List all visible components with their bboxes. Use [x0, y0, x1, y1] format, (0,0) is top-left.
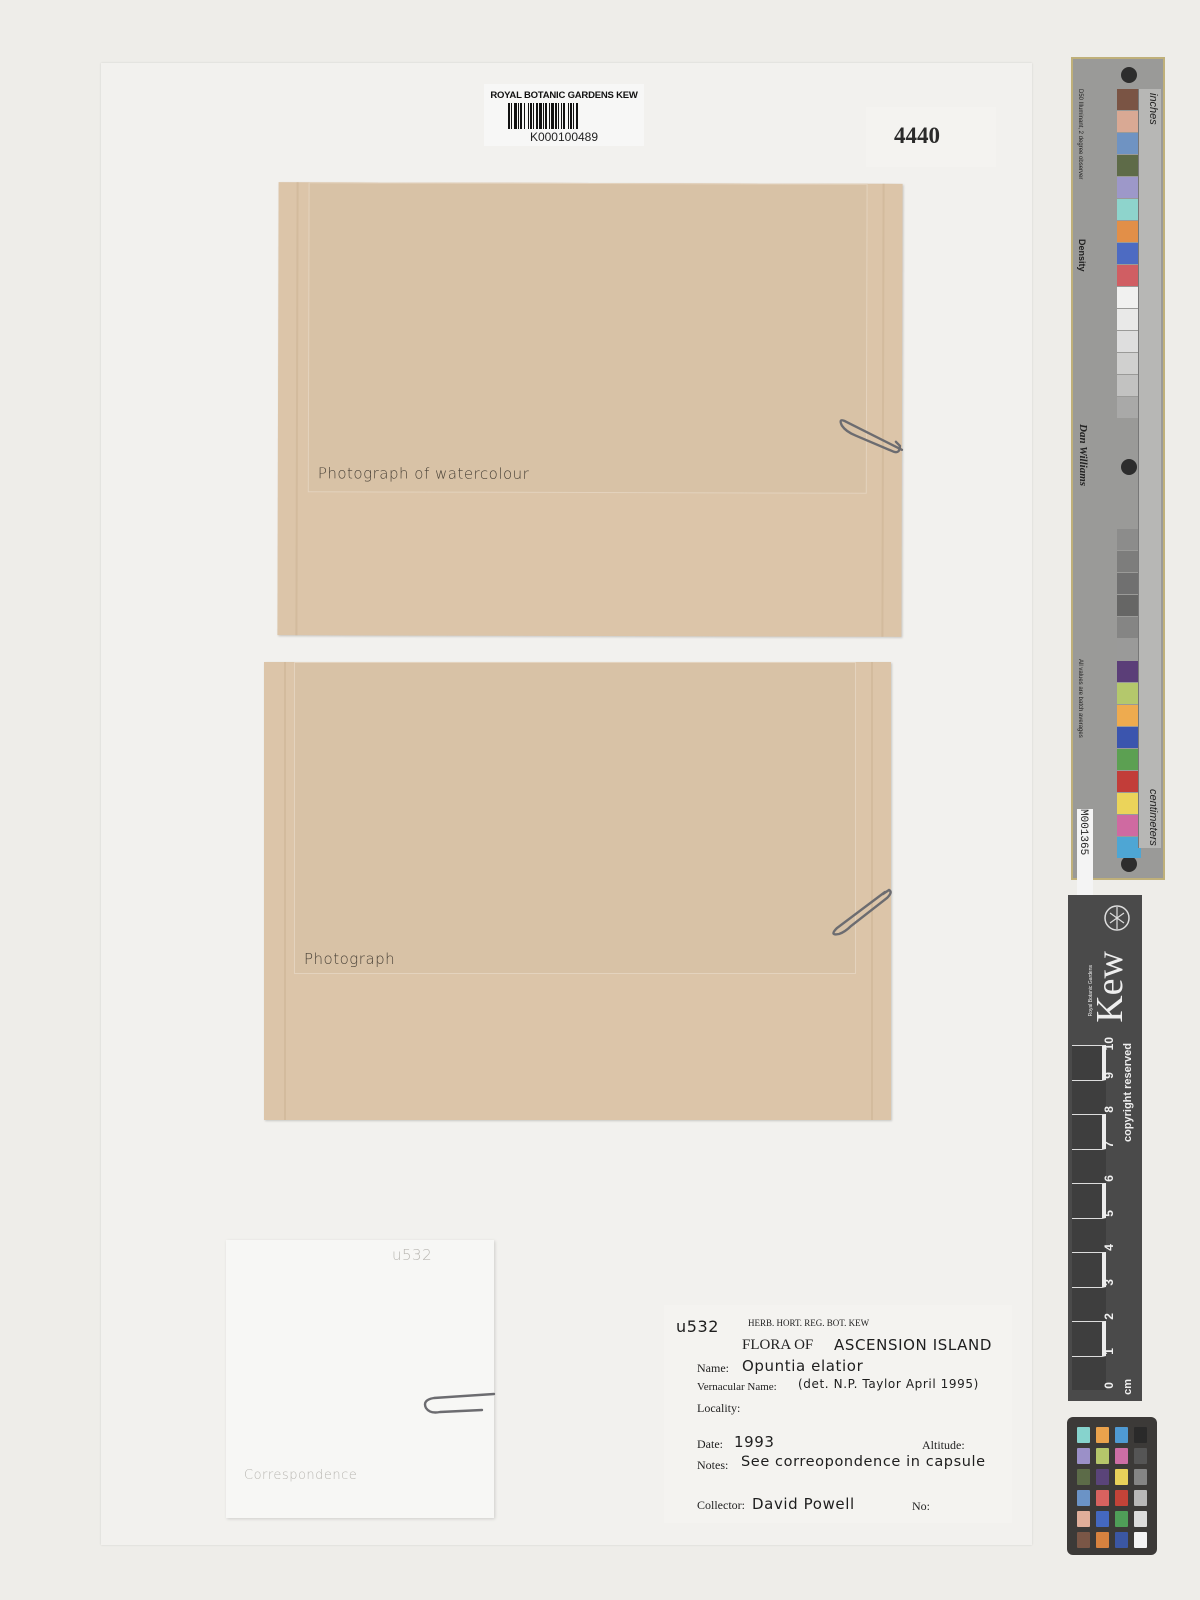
date-label: Date: [697, 1437, 723, 1452]
checker-cell [1096, 1511, 1109, 1527]
kew-subtitle: Royal Botanic Gardens [1088, 965, 1094, 1016]
envelope-label: Photograph of watercolour [318, 464, 530, 483]
cm-label: cm [1122, 1379, 1134, 1395]
determination-note: (det. N.P. Taylor April 1995) [798, 1377, 979, 1391]
checker-cell [1134, 1532, 1147, 1548]
ruler-id-tag: M001365 [1077, 809, 1093, 904]
paperclip-icon [420, 1390, 500, 1420]
scale-tick-label: 10 [1102, 1037, 1116, 1050]
scale-tick-label: 6 [1102, 1175, 1116, 1182]
paperclip-icon [827, 888, 897, 940]
paperclip-icon [836, 414, 906, 454]
envelope-label: Photograph [304, 950, 395, 968]
checker-cell [1134, 1469, 1147, 1485]
kew-crest-icon [1100, 901, 1134, 935]
checker-cell [1115, 1448, 1128, 1464]
capsule-accession-note: u532 [392, 1246, 432, 1264]
checker-cell [1134, 1490, 1147, 1506]
ruler-id: M001365 [1077, 809, 1089, 855]
scale-tick-label: 5 [1102, 1210, 1116, 1217]
brand-label: Dan Williams [1077, 424, 1089, 486]
scale-tick-label: 3 [1102, 1279, 1116, 1286]
flora-region: ASCENSION ISLAND [834, 1336, 992, 1354]
barcode-icon [508, 103, 620, 129]
taxon-name: Opuntia elatior [742, 1357, 863, 1375]
notes-label: Notes: [697, 1458, 728, 1473]
centimeters-label: centimeters [1147, 789, 1159, 846]
color-reference-ruler: inches centimeters D50 Illuminant, 2 deg… [1071, 57, 1165, 880]
institution-name: ROYAL BOTANIC GARDENS KEW [484, 90, 644, 101]
scale-blocks [1072, 1045, 1102, 1395]
altitude-label: Altitude: [922, 1438, 965, 1453]
checker-cell [1096, 1532, 1109, 1548]
herbarium-label: u532 HERB. HORT. REG. BOT. KEW FLORA OF … [664, 1305, 1012, 1523]
checker-cell [1096, 1427, 1109, 1443]
collector-label: Collector: [697, 1498, 745, 1513]
capsule-label: Correspondence [244, 1468, 357, 1483]
barcode-id: K000100489 [484, 130, 644, 144]
kew-logo: Kew [1088, 951, 1132, 1023]
scale-tick-label: 7 [1102, 1141, 1116, 1148]
checker-cell [1115, 1511, 1128, 1527]
correspondence-capsule[interactable]: u532 Correspondence [226, 1240, 494, 1518]
kew-cm-scale: Kew Royal Botanic Gardens copyright rese… [1068, 895, 1142, 1401]
inches-label: inches [1147, 93, 1159, 125]
checker-cell [1134, 1427, 1147, 1443]
checker-cell [1115, 1427, 1128, 1443]
checker-cell [1096, 1490, 1109, 1506]
scale-tick-label: 2 [1102, 1313, 1116, 1320]
accession-number: u532 [676, 1317, 719, 1336]
scale-tick-label: 8 [1102, 1106, 1116, 1113]
collector-name: David Powell [752, 1495, 855, 1513]
hole-icon [1121, 459, 1137, 475]
notes-value: See correopondence in capsule [741, 1454, 986, 1470]
sheet-number: 4440 [894, 123, 940, 149]
label-header: HERB. HORT. REG. BOT. KEW [748, 1318, 869, 1328]
no-label: No: [912, 1499, 930, 1514]
checker-cell [1096, 1448, 1109, 1464]
scale-tick-label: 0 [1102, 1382, 1116, 1389]
checker-cell [1077, 1490, 1090, 1506]
vernacular-label: Vernacular Name: [697, 1381, 777, 1393]
checker-cell [1077, 1532, 1090, 1548]
checker-cell [1134, 1511, 1147, 1527]
copyright-note: copyright reserved [1122, 1043, 1134, 1142]
collection-date: 1993 [734, 1433, 775, 1451]
name-label: Name: [697, 1361, 729, 1376]
barcode-label: ROYAL BOTANIC GARDENS KEW K000100489 [484, 84, 644, 146]
checker-cell [1077, 1448, 1090, 1464]
sheet-number-label: 4440 [866, 107, 996, 167]
hole-icon [1121, 67, 1137, 83]
envelope-photo[interactable]: Photograph [264, 662, 891, 1120]
envelope-watercolour-photo[interactable]: Photograph of watercolour [277, 182, 902, 637]
scale-tick-label: 4 [1102, 1244, 1116, 1251]
checker-cell [1115, 1469, 1128, 1485]
checker-cell [1096, 1469, 1109, 1485]
flora-prefix: FLORA OF [742, 1337, 813, 1354]
color-checker-card [1067, 1417, 1157, 1555]
checker-cell [1134, 1448, 1147, 1464]
checker-cell [1115, 1490, 1128, 1506]
hole-icon [1121, 856, 1137, 872]
scale-tick-label: 1 [1102, 1348, 1116, 1355]
scale-tick-label: 9 [1102, 1072, 1116, 1079]
checker-cell [1077, 1511, 1090, 1527]
illuminant-note: D50 Illuminant, 2 degree observer [1077, 89, 1083, 179]
checker-cell [1077, 1427, 1090, 1443]
density-label: Density [1077, 239, 1087, 272]
values-note: All values are batch averages [1077, 659, 1083, 738]
checker-cell [1115, 1532, 1128, 1548]
inch-scale [1138, 89, 1161, 848]
locality-label: Locality: [697, 1401, 740, 1416]
checker-cell [1077, 1469, 1090, 1485]
